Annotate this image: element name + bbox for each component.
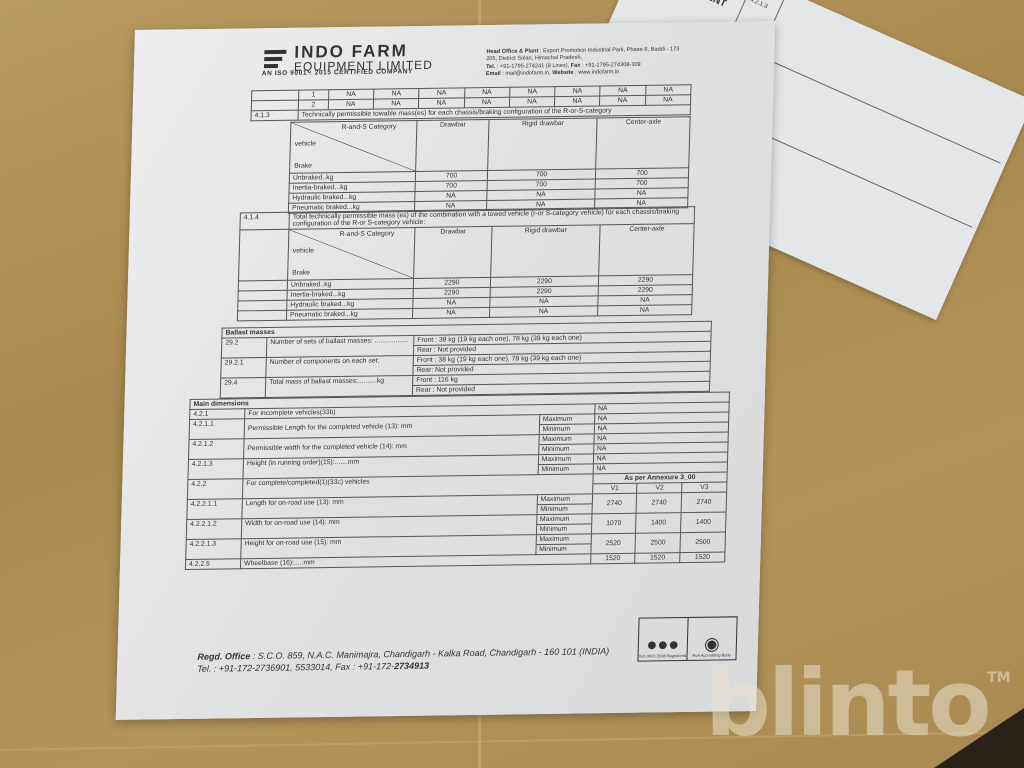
back-sheet-logo-line2: EQUIPMENT: [669, 0, 728, 10]
combination-mass-table: 4.1.4Total technically permissible mass …: [237, 206, 695, 321]
map-figures-icon: ●●●ISO 9001:2008 Registered: [638, 618, 688, 661]
indo-farm-logo-icon: [264, 47, 291, 69]
towable-mass-table: 1 NANA NANA NANA NANA 2 NANA NANA NANA N…: [250, 84, 691, 121]
blinto-watermark: blintoTM: [705, 650, 989, 757]
head-office-block: Head Office & Plant : Export Promotion I…: [486, 46, 687, 78]
dimensions-table: Main dimensions 4.2.1For incomplete vehi…: [185, 392, 730, 571]
certification-line: AN ISO 9001 : 2015 CERTIFIED COMPANY: [262, 68, 413, 77]
registered-office-footer: Regd. Office : S.C.O. 859, N.A.C. Manima…: [197, 645, 609, 675]
spec-document: INDO FARM EQUIPMENT LIMITED AN ISO 9001 …: [116, 21, 776, 720]
ballast-table: Ballast masses 29.2Number of sets of bal…: [220, 321, 712, 399]
towable-mass-grid: R-and-S Category vehicle Brake DrawbarRi…: [288, 116, 691, 214]
